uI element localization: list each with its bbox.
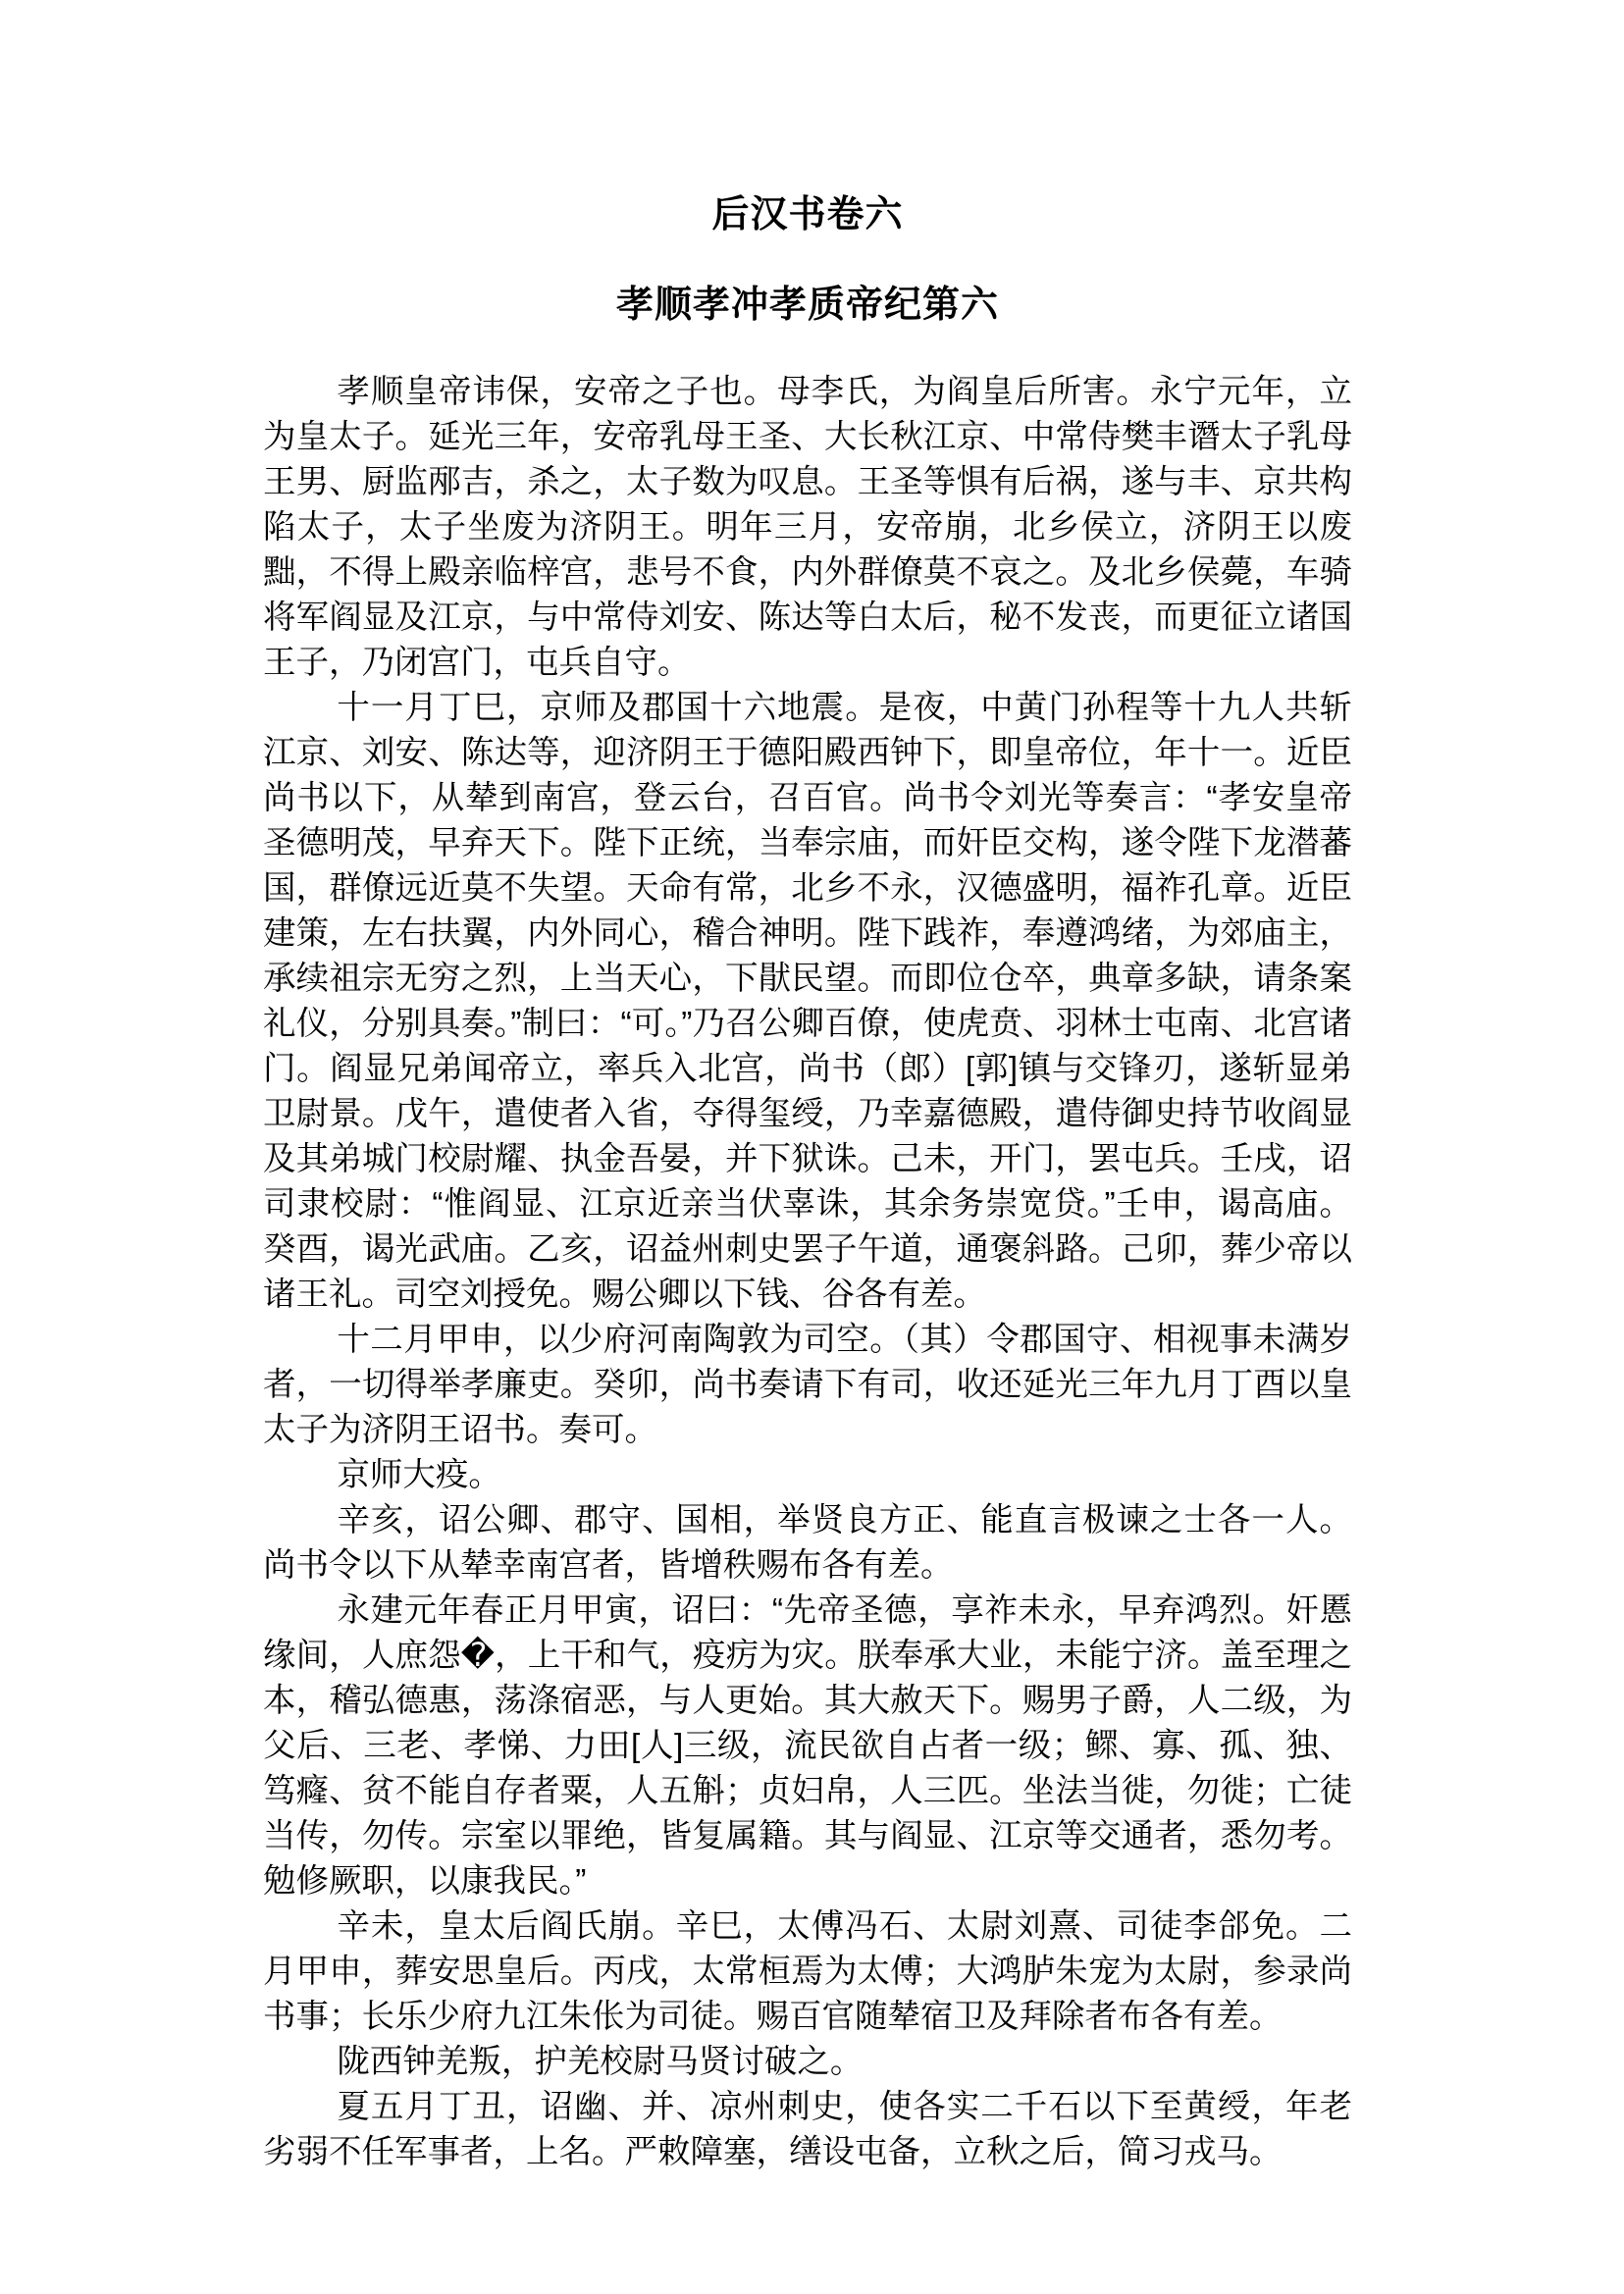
document-page: 后汉书卷六 孝顺孝冲孝质帝纪第六 孝顺皇帝讳保，安帝之子也。母李氏，为阎皇后所害… (0, 0, 1624, 2294)
paragraph: 陇西钟羌叛，护羌校尉马贤讨破之。 (263, 2040, 1352, 2085)
paragraph: 十一月丁巳，京师及郡国十六地震。是夜，中黄门孙程等十九人共斩江京、刘安、陈达等，… (263, 686, 1352, 1318)
paragraph: 辛亥，诏公卿、郡守、国相，举贤良方正、能直言极谏之士各一人。尚书令以下从辇幸南宫… (263, 1498, 1352, 1589)
paragraph: 辛未，皇太后阎氏崩。辛巳，太傅冯石、太尉刘熹、司徒李郃免。二月甲申，葬安思皇后。… (263, 1904, 1352, 2040)
paragraph: 十二月甲申，以少府河南陶敦为司空。（其）令郡国守、相视事未满岁者，一切得举孝廉吏… (263, 1318, 1352, 1453)
paragraph: 永建元年春正月甲寅，诏曰：“先帝圣德，享祚未永，早弃鸿烈。奸慝缘间，人庶怨�，上… (263, 1589, 1352, 1904)
paragraph: 孝顺皇帝讳保，安帝之子也。母李氏，为阎皇后所害。永宁元年，立为皇太子。延光三年，… (263, 370, 1352, 686)
paragraph: 夏五月丁丑，诏幽、并、凉州刺史，使各实二千石以下至黄绶，年老劣弱不任军事者，上名… (263, 2085, 1352, 2175)
chapter-title: 孝顺孝冲孝质帝纪第六 (263, 283, 1352, 328)
paragraph: 京师大疫。 (263, 1453, 1352, 1498)
document-body: 孝顺皇帝讳保，安帝之子也。母李氏，为阎皇后所害。永宁元年，立为皇太子。延光三年，… (263, 370, 1352, 2175)
page-title: 后汉书卷六 (263, 192, 1352, 237)
